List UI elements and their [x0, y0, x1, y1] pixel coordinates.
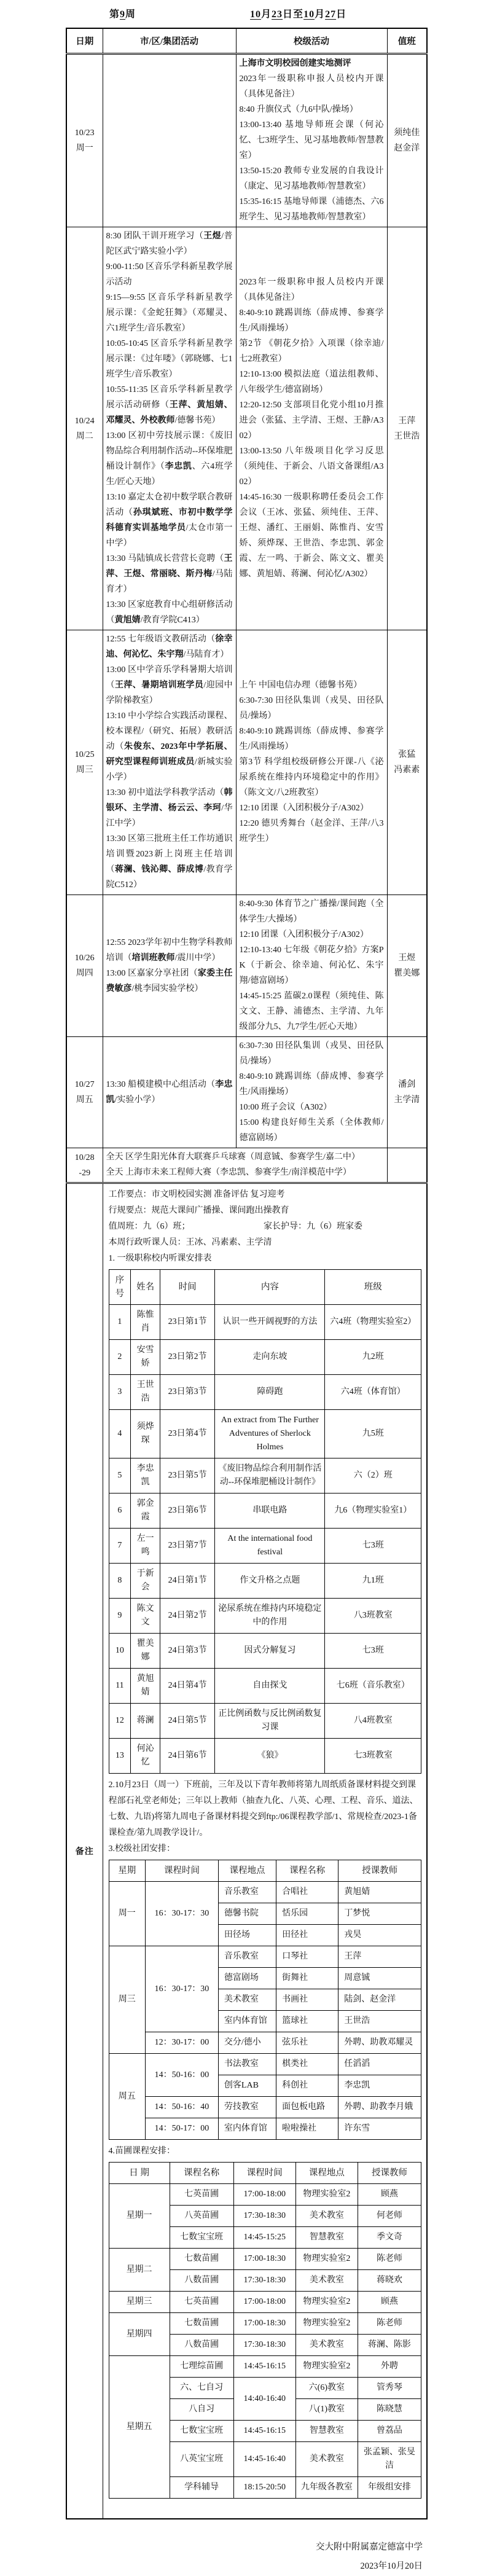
table-cell: 星期三 — [109, 2292, 170, 2313]
table-row: 6郭金霞23日第6节串联电路九6（物理实验室1） — [109, 1494, 421, 1529]
event-item: 12:10-13:40 七年级《朝花夕拾》方案PK（于新会、徐幸迪、何沁忆、朱宇… — [240, 942, 384, 989]
school-activities-cell: 8:40-9:30 体育节之广播操/课间跑（全体学生/大操场）12:10 团课（… — [236, 895, 387, 1037]
event-item: 13:30 区第三批班主任工作坊通识培训暨2023新上岗班主任培训（蒋澜、钱沁卿… — [106, 831, 233, 893]
table-cell: 许东雪 — [338, 2118, 421, 2140]
table-cell: 年级组安排 — [358, 2477, 421, 2499]
column-header: 授课教师 — [338, 1860, 421, 1882]
table-row: 14：50-17：00室内体育馆啦啦操社许东雪 — [109, 2118, 421, 2140]
school-activities-cell: 上午 中国电信办理（德馨书苑）6:30-7:30 田径队集训（戎昊、田径队员/操… — [236, 630, 387, 895]
schedule-row: 10/24周二8:30 团队干训开班学习（王煜/普陀区武宁路实验小学）9:00-… — [66, 227, 427, 630]
table-cell: 走向东坡 — [215, 1340, 325, 1375]
table-cell: 蒋晓欢 — [358, 2270, 421, 2292]
table-cell: 顾燕 — [358, 2184, 421, 2206]
inner-header-row: 日 期课程名称课程时间课程地点授课教师 — [109, 2163, 421, 2184]
table-cell: 16：30-17：30 — [146, 1882, 219, 1946]
table-cell: 12 — [109, 1704, 131, 1739]
date-range-title: 10月23日至10月27日 — [250, 6, 346, 20]
school-name: 交大附中附属嘉定德富中学 — [0, 2538, 423, 2557]
table-cell: 14:45-16:15 — [233, 2356, 295, 2378]
remarks-label: 备注 — [66, 1183, 103, 2519]
event-item: 12:10 团课（入团积极分子/A302） — [240, 801, 384, 816]
table-cell: 七数宝宝班 — [170, 2227, 233, 2249]
table-cell: 16：30-17：30 — [146, 1946, 219, 2032]
table-cell: 17:00-18:30 — [233, 2249, 295, 2270]
date-line: 周一 — [68, 141, 102, 156]
table-cell: 陈晓慧 — [358, 2399, 421, 2421]
column-header: 班级 — [325, 1270, 421, 1305]
table-cell: 泌尿系统在维持内环境稳定中的作用 — [215, 1599, 325, 1634]
main-table-body: 10/23周一上海市文明校园创建实地测评2023年一级职称申报人员校内开课（具体… — [66, 54, 427, 1183]
table-cell: 23日第5节 — [160, 1458, 215, 1494]
column-header: 姓名 — [131, 1270, 160, 1305]
date-cell: 10/23周一 — [66, 54, 103, 227]
table-cell: 八英苗圃 — [170, 2206, 233, 2227]
title-text: 月 — [261, 9, 272, 20]
table-cell: 14：50-16：00 — [146, 2054, 219, 2097]
table-cell: 王世浩 — [338, 2011, 421, 2032]
table-row: 星期四七数苗圃17:00-18:30物理实验室2陈老师 — [109, 2313, 421, 2335]
duty-name: 张猛 — [388, 747, 426, 762]
table-cell: 外聘 — [358, 2356, 421, 2378]
table-cell: 周意铖 — [338, 1968, 421, 1989]
table-cell: 合唱社 — [276, 1882, 338, 1903]
event-item: 第2节 《朝花夕拾》入项课（徐幸迪/七2班教室） — [240, 336, 384, 367]
event-item: 13:00 区嘉家分享社团（家委主任费敏彦/桃李园实验学校） — [106, 966, 233, 996]
event-item: 12:55 七年级语文教研活动（徐幸迪、何沁忆、朱宇翔/马陆育才） — [106, 632, 233, 662]
table-cell: 何老师 — [358, 2206, 421, 2227]
table-cell: 七6班（音乐教室） — [325, 1669, 421, 1704]
date-line: 10/28 — [68, 1150, 102, 1165]
table-cell: 24日第4节 — [160, 1669, 215, 1704]
event-item: 13:50-15:20 教师专业发展的自我设计（康定、见习基地教师/智慧教室） — [240, 163, 384, 194]
table-cell: 七英苗圃 — [170, 2184, 233, 2206]
table-cell: 六（2）班 — [325, 1458, 421, 1494]
table-cell: 瞿美娜 — [131, 1634, 160, 1669]
table-cell: 八自习 — [170, 2399, 233, 2421]
table-cell: 创客LAB — [218, 2075, 276, 2097]
table-row: 12：30-17：00交分/德小弦乐社外聘、助教邓耀灵 — [109, 2032, 421, 2054]
table-cell: 外聘、助教邓耀灵 — [338, 2032, 421, 2054]
column-header: 星期 — [109, 1860, 146, 1882]
table-cell: 室内体育馆 — [218, 2118, 276, 2140]
table-cell: 于新会 — [131, 1564, 160, 1599]
table-cell: 24日第2节 — [160, 1599, 215, 1634]
signature-block: 交大附中附属嘉定德富中学 2023年10月20日 — [0, 2538, 489, 2576]
table-row: 3王世浩23日第3节障碍跑六4班（体育馆） — [109, 1375, 421, 1410]
main-schedule-table: 日期 市/区/集团活动 校级活动 值班 10/23周一上海市文明校园创建实地测评… — [66, 28, 428, 2519]
table-cell: 7 — [109, 1529, 131, 1564]
date-line: 10/23 — [68, 125, 102, 141]
table-cell: 德富剧场 — [218, 1968, 276, 1989]
table-cell: 棋类社 — [276, 2054, 338, 2075]
remarks-row: 备注 工作要点：市文明校园实测 准备评估 复习迎考 行规要点：规范大课间广播操、… — [66, 1183, 427, 2519]
table-cell: 23日第4节 — [160, 1410, 215, 1458]
duty-name: 主学清 — [388, 1092, 426, 1108]
duty-name: 冯素素 — [388, 762, 426, 778]
event-item: 12:55 2023学年初中生物学科教师培训（培训班教师/震川中学） — [106, 935, 233, 966]
table-cell: 陈老师 — [358, 2249, 421, 2270]
table-cell: 九2班 — [325, 1340, 421, 1375]
table-cell: 14:45-16:40 — [233, 2442, 295, 2477]
section3-title: 3.校级社团安排： — [109, 1841, 422, 1857]
table-cell: 23日第2节 — [160, 1340, 215, 1375]
event-item: 8:40 升旗仪式（九6中队/操场） — [240, 102, 384, 117]
table-cell: 14:40-16:40 — [233, 2378, 295, 2421]
nursery-table-container: 日 期课程名称课程时间课程地点授课教师星期一七英苗圃17:00-18:00物理实… — [109, 2162, 422, 2499]
event-item: 13:00-13:40 基地导师班会课（何沁忆、七3班学生、见习基地教师/智慧教… — [240, 117, 384, 163]
document-title: 第9周 10月23日至10月27日 — [0, 0, 489, 20]
event-item: 12:10-13:00 模拟法庭（道法组教师、八年级学生/德富剧场） — [240, 367, 384, 397]
school-activities-cell: 6:30-7:30 田径队集训（戎昊、田径队员/操场）8:40-9:10 跳踢训… — [236, 1037, 387, 1148]
table-cell: 17:30-18:30 — [233, 2270, 295, 2292]
schedule-row: 10/23周一上海市文明校园创建实地测评2023年一级职称申报人员校内开课（具体… — [66, 54, 427, 227]
date-cell: 10/24周二 — [66, 227, 103, 630]
table-cell: 七3班教室 — [325, 1739, 421, 1774]
table-cell: 外聘、助教李月娥 — [338, 2097, 421, 2118]
table-cell: 书法教室 — [218, 2054, 276, 2075]
table-row: 4须烨琛23日第4节An extract from The Further Ad… — [109, 1410, 421, 1458]
event-item: 8:40-9:10 跳踢训练（薛成博、参赛学生/风雨操场） — [240, 1069, 384, 1100]
table-cell: 弦乐社 — [276, 2032, 338, 2054]
table-cell: 蒋澜 — [131, 1704, 160, 1739]
table-cell: 王世浩 — [131, 1375, 160, 1410]
event-item: 12:20 德贝秀舞台（赵金洋、王萍/八3班学生） — [240, 816, 384, 847]
event-item: 8:30 团队干训开班学习（王煜/普陀区武宁路实验小学） — [106, 229, 233, 259]
table-cell: 六4班（体育馆） — [325, 1375, 421, 1410]
table-row: 7左一鸣23日第7节At the international food fest… — [109, 1529, 421, 1564]
table-cell: 美术教室 — [218, 1989, 276, 2011]
date-line: -29 — [68, 1165, 102, 1181]
duty-cell: 张猛冯素素 — [387, 630, 427, 895]
table-cell: 七数宝宝班 — [170, 2421, 233, 2442]
table-cell: 九年级各教室 — [295, 2477, 358, 2499]
event-item: 第3节 科学组校级研修公开课-八《泌尿系统在维持内环境稳定中的作用》（陈文文/八… — [240, 754, 384, 801]
merged-activities-cell: 全天 区学生阳光体育大联赛乒乓球赛（周意铖、参赛学生/嘉二中）全天 上海市未来工… — [103, 1148, 387, 1183]
table-row: 星期三七英苗圃17:00-18:00物理实验室2顾燕 — [109, 2292, 421, 2313]
table-cell: 17:00-18:00 — [233, 2292, 295, 2313]
table-cell: 顾燕 — [358, 2292, 421, 2313]
date-cell: 10/25周三 — [66, 630, 103, 895]
column-header: 内容 — [215, 1270, 325, 1305]
title-text: 日至 — [283, 9, 303, 20]
school-activities-cell: 上海市文明校园创建实地测评2023年一级职称申报人员校内开课（具体见备注）8:4… — [236, 54, 387, 227]
title-text: 第 — [109, 9, 120, 20]
table-cell: 8 — [109, 1564, 131, 1599]
duty-cell — [387, 1148, 427, 1183]
table-cell: 13 — [109, 1739, 131, 1774]
table-cell: 音乐教室 — [218, 1882, 276, 1903]
district-activities-cell: 8:30 团队干训开班学习（王煜/普陀区武宁路实验小学）9:00-11:50 区… — [103, 227, 236, 630]
date-line: 10/25 — [68, 747, 102, 762]
table-cell: 曾荔品 — [358, 2421, 421, 2442]
table-cell: 八数苗圃 — [170, 2270, 233, 2292]
table-cell: 23日第1节 — [160, 1305, 215, 1340]
title-text: 周 — [125, 9, 136, 20]
table-cell: 周一 — [109, 1882, 146, 1946]
table-cell: 须烨琛 — [131, 1410, 160, 1458]
event-item: 12:20-12:50 支部项目化党小组10月推进会（张猛、主学清、王煜、王静/… — [240, 397, 384, 444]
table-cell: 王萍 — [338, 1946, 421, 1968]
table-cell: 季文奇 — [358, 2227, 421, 2249]
duty-cell: 王萍王世浩 — [387, 227, 427, 630]
weekly-schedule-sheet: 第9周 10月23日至10月27日 日期 市/区/集团活动 校级活动 值班 10… — [0, 0, 489, 2576]
event-item: 上午 中国电信办理（德馨书苑） — [240, 678, 384, 693]
section4-title: 4.苗圃课程安排： — [109, 2143, 422, 2159]
event-item: 上海市文明校园创建实地测评 — [240, 56, 384, 71]
table-cell: 任滔滔 — [338, 2054, 421, 2075]
header-school-activities: 校级活动 — [236, 28, 387, 54]
table-cell: 蒋澜、陈影 — [358, 2335, 421, 2356]
table-cell: 星期五 — [109, 2356, 170, 2499]
event-item: 13:30 初中道法学科教学活动（韩银环、主学清、杨云云、李珂/华江中学） — [106, 785, 233, 831]
table-cell: 美术教室 — [295, 2442, 358, 2477]
table-cell: 串联电路 — [215, 1494, 325, 1529]
event-item: 10:00 班子会议（A302） — [240, 1100, 384, 1115]
table-cell: 陆剑、赵金洋 — [338, 1989, 421, 2011]
table-cell: 《狼》 — [215, 1739, 325, 1774]
table-cell: 学科辅导 — [170, 2477, 233, 2499]
table-row: 2安雪娇23日第2节走向东坡九2班 — [109, 1340, 421, 1375]
table-cell: 24日第6节 — [160, 1739, 215, 1774]
table-cell: 七数苗圃 — [170, 2313, 233, 2335]
table-cell: 七3班 — [325, 1634, 421, 1669]
table-cell: 面包板电路 — [276, 2097, 338, 2118]
column-header: 日 期 — [109, 2163, 170, 2184]
column-header: 课程时间 — [233, 2163, 295, 2184]
event-item: 12:10 团课（入团积极分子/A302） — [240, 927, 384, 942]
table-cell: 陈惟肖 — [131, 1305, 160, 1340]
duty-name: 王煜 — [388, 950, 426, 966]
table-cell: 美术教室 — [295, 2206, 358, 2227]
duty-name: 瞿美娜 — [388, 966, 426, 981]
inner-header-row: 序号姓名时间内容班级 — [109, 1270, 421, 1305]
date-line: 周四 — [68, 966, 102, 981]
table-row: 8于新会24日第1节作文升格之点题九1班 — [109, 1564, 421, 1599]
event-item: 10:55-11:35 区音乐学科新星教学展示活动研修（王萍、黄旭婧、邓耀灵、外… — [106, 382, 233, 428]
table-cell: 星期四 — [109, 2313, 170, 2356]
table-cell: 物理实验室2 — [295, 2292, 358, 2313]
table-cell: 交分/德小 — [218, 2032, 276, 2054]
table-cell: 戎昊 — [338, 1925, 421, 1946]
table-cell: 23日第6节 — [160, 1494, 215, 1529]
table-cell: 17:30-18:30 — [233, 2206, 295, 2227]
table-cell: 李忠凯 — [131, 1458, 160, 1494]
table-cell: 周三 — [109, 1946, 146, 2054]
table-cell: 九5班 — [325, 1410, 421, 1458]
title-text: 日 — [336, 9, 346, 20]
date-cell: 10/26周四 — [66, 895, 103, 1037]
table-cell: 14：50-17：00 — [146, 2118, 219, 2140]
header-date: 日期 — [66, 28, 103, 54]
date-line: 10/24 — [68, 413, 102, 429]
table-row: 1陈惟肖23日第1节认识一些开阔视野的方法六4班（物理实验室2） — [109, 1305, 421, 1340]
underlined-number: 9 — [120, 9, 125, 20]
table-cell: 1 — [109, 1305, 131, 1340]
duty-week-line: 值周班：九（6）班； 家长护导：九（6）班家委 — [109, 1219, 422, 1235]
event-item: 8:40-9:10 跳踢训练（薛成博、参赛学生/风雨操场） — [240, 305, 384, 336]
table-cell: 安雪娇 — [131, 1340, 160, 1375]
event-item: 14:45-15:25 蓝碳2.0课程（须纯佳、陈文文、王静、浦德杰、主学清、九… — [240, 989, 384, 1035]
table-row: 14：50-16：40劳技教室面包板电路外聘、助教李月娥 — [109, 2097, 421, 2118]
column-header: 时间 — [160, 1270, 215, 1305]
admin-listeners-line: 本周行政听课人员：王冰、冯素素、主学清 — [109, 1235, 422, 1251]
table-row: 周三16：30-17：30音乐教室口琴社王萍 — [109, 1946, 421, 1968]
duty-cell: 须纯佳赵金洋 — [387, 54, 427, 227]
table-cell: 24日第5节 — [160, 1704, 215, 1739]
table-cell: 物理实验室2 — [295, 2249, 358, 2270]
underlined-number: 10 — [250, 9, 261, 20]
table-cell: 6 — [109, 1494, 131, 1529]
underlined-number: 27 — [325, 9, 336, 20]
table-cell: 14:45-16:15 — [233, 2421, 295, 2442]
event-item: 全天 区学生阳光体育大联赛乒乓球赛（周意铖、参赛学生/嘉二中） — [106, 1149, 384, 1165]
column-header: 课程时间 — [146, 1860, 219, 1882]
event-item: 6:30-7:30 田径队集训（戎昊、田径队员/操场） — [240, 693, 384, 724]
lecture-schedule-table: 序号姓名时间内容班级1陈惟肖23日第1节认识一些开阔视野的方法六4班（物理实验室… — [109, 1269, 422, 1774]
table-cell: 何沁忆 — [131, 1739, 160, 1774]
table-cell: 物理实验室2 — [295, 2313, 358, 2335]
event-item: 2023年一级职称申报人员校内开课（具体见备注） — [240, 71, 384, 102]
event-item: 15:35-16:15 基地导师课（浦德杰、六6班学生、见习基地教师/智慧教室） — [240, 194, 384, 225]
table-cell: An extract from The Further Adventures o… — [215, 1410, 325, 1458]
table-cell: 美术教室 — [295, 2270, 358, 2292]
event-item: 全天 上海市未来工程师大赛（李忠凯、参赛学生/南洋模范中学） — [106, 1165, 384, 1180]
table-cell: 八(1)教室 — [295, 2399, 358, 2421]
table-cell: 14:45-15:25 — [233, 2227, 295, 2249]
column-header: 课程名称 — [276, 1860, 338, 1882]
event-item: 13:30 马陆镇成长营营长竞聘（王萍、王煜、常丽晓、斯丹梅/马陆育才） — [106, 551, 233, 597]
table-cell: 八3班教室 — [325, 1599, 421, 1634]
table-cell: 六、七自习 — [170, 2378, 233, 2399]
schedule-row: 10/25周三12:55 七年级语文教研活动（徐幸迪、何沁忆、朱宇翔/马陆育才）… — [66, 630, 427, 895]
section1-title: 1. 一级职称校内听课安排表 — [109, 1251, 422, 1267]
duty-name: 潘剑 — [388, 1077, 426, 1092]
table-cell: 口琴社 — [276, 1946, 338, 1968]
table-cell: 六4班（物理实验室2） — [325, 1305, 421, 1340]
note2-line: 2.10月23日（周一）下班前，三年及以下青年教师将第九周纸质备课材料提交到课程… — [109, 1777, 422, 1841]
table-row: 星期一七英苗圃17:00-18:00物理实验室2顾燕 — [109, 2184, 421, 2206]
table-cell: 23日第3节 — [160, 1375, 215, 1410]
table-cell: 音乐教室 — [218, 1946, 276, 1968]
table-cell: 田径场 — [218, 1925, 276, 1946]
schedule-row: 10/26周四12:55 2023学年初中生物学科教师培训（培训班教师/震川中学… — [66, 895, 427, 1037]
table-cell: 3 — [109, 1375, 131, 1410]
schedule-row: 10/28-29全天 区学生阳光体育大联赛乒乓球赛（周意铖、参赛学生/嘉二中）全… — [66, 1148, 427, 1183]
duty-cell: 潘剑主学清 — [387, 1037, 427, 1148]
date-line: 周五 — [68, 1092, 102, 1108]
event-item: 13:00 区中学音乐学科暑期大培训（王萍、暑期培训班学员/迎园中学阶梯教室） — [106, 662, 233, 708]
event-item: 10:05-10:45 区音乐学科新星教学展示课：《过年喽》（郭晓娜、七1班学生… — [106, 336, 233, 382]
table-cell: 11 — [109, 1669, 131, 1704]
duty-name: 赵金洋 — [388, 141, 426, 156]
table-cell: 12：30-17：00 — [146, 2032, 219, 2054]
date-line: 周三 — [68, 762, 102, 778]
table-cell: 自由探戈 — [215, 1669, 325, 1704]
table-cell: 七3班 — [325, 1529, 421, 1564]
table-cell: 星期一 — [109, 2184, 170, 2249]
event-item: 8:40-9:10 跳踢训练（薛成博、参赛学生/风雨操场） — [240, 724, 384, 754]
table-cell: 李忠凯 — [338, 2075, 421, 2097]
table-cell: 星期二 — [109, 2249, 170, 2292]
table-cell: 24日第3节 — [160, 1634, 215, 1669]
parent-escort-text: 家长护导：九（6）班家委 — [264, 1222, 362, 1231]
event-item: 14:45-16:30 一级职称聘任委员会工作会议（王冰、张猛、须纯佳、王萍、王… — [240, 490, 384, 582]
table-cell: 劳技教室 — [218, 2097, 276, 2118]
event-item: 6:30-7:30 田径队集训（戎昊、田径队员/操场） — [240, 1038, 384, 1069]
table-cell: 街舞社 — [276, 1968, 338, 1989]
table-cell: 德馨书院 — [218, 1903, 276, 1925]
issue-date: 2023年10月20日 — [0, 2557, 423, 2576]
table-cell: 作文升格之点题 — [215, 1564, 325, 1599]
table-cell: 黄旭婧 — [131, 1669, 160, 1704]
date-cell: 10/28-29 — [66, 1148, 103, 1183]
table-cell: 陈文文 — [131, 1599, 160, 1634]
table-cell: 物理实验室2 — [295, 2356, 358, 2378]
table-row: 11黄旭婧24日第4节自由探戈七6班（音乐教室） — [109, 1669, 421, 1704]
table-cell: 七英苗圃 — [170, 2292, 233, 2313]
table-cell: 七理综苗圃 — [170, 2356, 233, 2378]
conduct-points-line: 行规要点：规范大课间广播操、课间跑出操教育 — [109, 1203, 422, 1219]
table-cell: 因式分解复习 — [215, 1634, 325, 1669]
table-cell: 23日第7节 — [160, 1529, 215, 1564]
table-cell: 陈老师 — [358, 2313, 421, 2335]
table-cell: 智慧教室 — [295, 2421, 358, 2442]
event-item: 9:00-11:50 区音乐学科新星教学展示活动 — [106, 259, 233, 290]
district-activities-cell: 13:30 船模建模中心组活动（李忠凯/实验小学） — [103, 1037, 236, 1148]
column-header: 课程地点 — [218, 1860, 276, 1882]
underlined-number: 23 — [272, 9, 283, 20]
duty-class-text: 值周班：九（6）班； — [109, 1222, 190, 1231]
table-row: 9陈文文24日第2节泌尿系统在维持内环境稳定中的作用八3班教室 — [109, 1599, 421, 1634]
event-item: 13:30 船模建模中心组活动（李忠凯/实验小学） — [106, 1077, 233, 1108]
remarks-body: 备注 工作要点：市文明校园实测 准备评估 复习迎考 行规要点：规范大课间广播操、… — [66, 1183, 427, 2519]
table-cell: At the international food festival — [215, 1529, 325, 1564]
table-cell: 周五 — [109, 2054, 146, 2140]
column-header: 课程地点 — [295, 2163, 358, 2184]
table-row: 星期五七理综苗圃14:45-16:15物理实验室2外聘 — [109, 2356, 421, 2378]
district-activities-cell: 12:55 七年级语文教研活动（徐幸迪、何沁忆、朱宇翔/马陆育才）13:00 区… — [103, 630, 236, 895]
table-cell: 10 — [109, 1634, 131, 1669]
table-cell: 八4班教室 — [325, 1704, 421, 1739]
title-text: 月 — [315, 9, 325, 20]
column-header: 课程名称 — [170, 2163, 233, 2184]
inner-header-row: 星期课程时间课程地点课程名称授课教师 — [109, 1860, 421, 1882]
table-cell: 篮球社 — [276, 2011, 338, 2032]
table-cell: 八英宝宝班 — [170, 2442, 233, 2477]
work-points-line: 工作要点：市文明校园实测 准备评估 复习迎考 — [109, 1187, 422, 1203]
underlined-number: 10 — [303, 9, 315, 20]
event-item: 13:00-13:50 八年级项目化学习反思（须纯佳、于新会、八语文备课组/A3… — [240, 444, 384, 490]
table-cell: 障碍跑 — [215, 1375, 325, 1410]
event-item: 2023年一级职称申报人员校内开课（具体见备注） — [240, 275, 384, 305]
table-cell: 郭金霞 — [131, 1494, 160, 1529]
table-row: 星期二七数苗圃17:00-18:30物理实验室2陈老师 — [109, 2249, 421, 2270]
week-number-title: 第9周 — [109, 6, 136, 20]
table-cell: 七数苗圃 — [170, 2249, 233, 2270]
table-cell: 17:30-18:30 — [233, 2335, 295, 2356]
table-row: 周一16：30-17：30音乐教室合唱社黄旭婧 — [109, 1882, 421, 1903]
table-cell: 室内体育馆 — [218, 2011, 276, 2032]
event-item: 15:00 构建良好师生关系（全体教师/德富剧场） — [240, 1115, 384, 1146]
table-cell: 17:00-18:00 — [233, 2184, 295, 2206]
table-cell: 科创社 — [276, 2075, 338, 2097]
table-cell: 书画社 — [276, 1989, 338, 2011]
event-item: 13:30 区家庭教育中心组研修活动（黄旭婧/教育学院C413） — [106, 597, 233, 628]
date-line: 周二 — [68, 429, 102, 444]
event-item: 9:15—9:55 区音乐学科新星教学展示课：《金蛇狂舞》（邓耀灵、六1班学生/… — [106, 290, 233, 336]
event-item: 8:40-9:30 体育节之广播操/课间跑（全体学生/大操场） — [240, 896, 384, 927]
table-cell: 美术教室 — [295, 2335, 358, 2356]
